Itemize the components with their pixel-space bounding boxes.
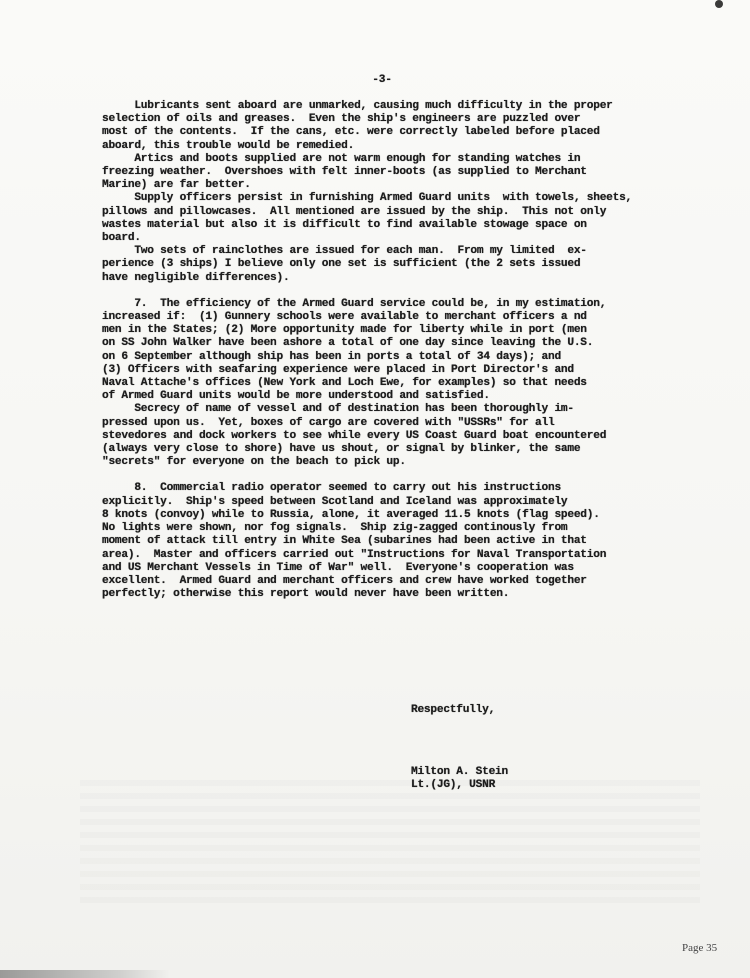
paragraph-gap	[102, 285, 692, 298]
text-line: have negligible differences).	[102, 272, 692, 285]
paragraph: Lubricants sent aboard are unmarked, cau…	[102, 100, 692, 153]
text-line: selection of oils and greases. Even the …	[102, 113, 692, 126]
bleed-through-text	[80, 780, 700, 910]
text-line: pillows and pillowcases. All mentioned a…	[102, 206, 692, 219]
scanned-page: -3- Lubricants sent aboard are unmarked,…	[0, 0, 750, 978]
paragraph: Two sets of rainclothes are issued for e…	[102, 245, 692, 285]
text-line: of Armed Guard units would be more under…	[102, 390, 692, 403]
text-line: perience (3 ships) I believe only one se…	[102, 258, 692, 271]
text-line: No lights were shown, nor fog signals. S…	[102, 522, 692, 535]
text-line: stevedores and dock workers to see while…	[102, 430, 692, 443]
text-line: freezing weather. Overshoes with felt in…	[102, 166, 692, 179]
paragraph: Secrecy of name of vessel and of destina…	[102, 403, 692, 469]
text-line: aboard, this trouble would be remedied.	[102, 140, 692, 153]
paragraph-gap	[102, 469, 692, 482]
text-line: Supply officers persist in furnishing Ar…	[102, 192, 692, 205]
text-line: "secrets" for everyone on the beach to p…	[102, 456, 692, 469]
paragraph: Supply officers persist in furnishing Ar…	[102, 192, 692, 245]
page-heading: -3-	[362, 74, 402, 87]
letter-body: Lubricants sent aboard are unmarked, cau…	[102, 100, 692, 601]
ink-speck	[715, 0, 723, 8]
text-line: men in the States; (2) More opportunity …	[102, 324, 692, 337]
text-line: increased if: (1) Gunnery schools were a…	[102, 311, 692, 324]
paragraph: 8. Commercial radio operator seemed to c…	[102, 482, 692, 601]
text-line: Artics and boots supplied are not warm e…	[102, 153, 692, 166]
text-line: (always very close to shore) have us sho…	[102, 443, 692, 456]
signature-rank: Lt.(JG), USNR	[411, 779, 495, 792]
text-line: excellent. Armed Guard and merchant offi…	[102, 575, 692, 588]
page-number: Page 35	[682, 942, 717, 954]
text-line: (3) Officers with seafaring experience w…	[102, 364, 692, 377]
text-line: moment of attack till entry in White Sea…	[102, 535, 692, 548]
text-line: wastes material but also it is difficult…	[102, 219, 692, 232]
scan-edge-shadow	[0, 970, 170, 978]
text-line: 7. The efficiency of the Armed Guard ser…	[102, 298, 692, 311]
text-line: board.	[102, 232, 692, 245]
text-line: Secrecy of name of vessel and of destina…	[102, 403, 692, 416]
text-line: pressed upon us. Yet, boxes of cargo are…	[102, 417, 692, 430]
text-line: perfectly; otherwise this report would n…	[102, 588, 692, 601]
text-line: and US Merchant Vessels in Time of War" …	[102, 562, 692, 575]
text-line: most of the contents. If the cans, etc. …	[102, 126, 692, 139]
text-line: Two sets of rainclothes are issued for e…	[102, 245, 692, 258]
text-line: on 6 September although ship has been in…	[102, 351, 692, 364]
text-line: 8 knots (convoy) while to Russia, alone,…	[102, 509, 692, 522]
text-line: 8. Commercial radio operator seemed to c…	[102, 482, 692, 495]
text-line: Marine) are far better.	[102, 179, 692, 192]
paragraph: 7. The efficiency of the Armed Guard ser…	[102, 298, 692, 404]
text-line: on SS John Walker have been ashore a tot…	[102, 337, 692, 350]
signature-name: Milton A. Stein	[411, 766, 508, 779]
paragraph: Artics and boots supplied are not warm e…	[102, 153, 692, 193]
text-line: area). Master and officers carried out "…	[102, 549, 692, 562]
text-line: Lubricants sent aboard are unmarked, cau…	[102, 100, 692, 113]
closing: Respectfully,	[411, 704, 495, 717]
text-line: Naval Attache's offices (New York and Lo…	[102, 377, 692, 390]
text-line: explicitly. Ship's speed between Scotlan…	[102, 496, 692, 509]
